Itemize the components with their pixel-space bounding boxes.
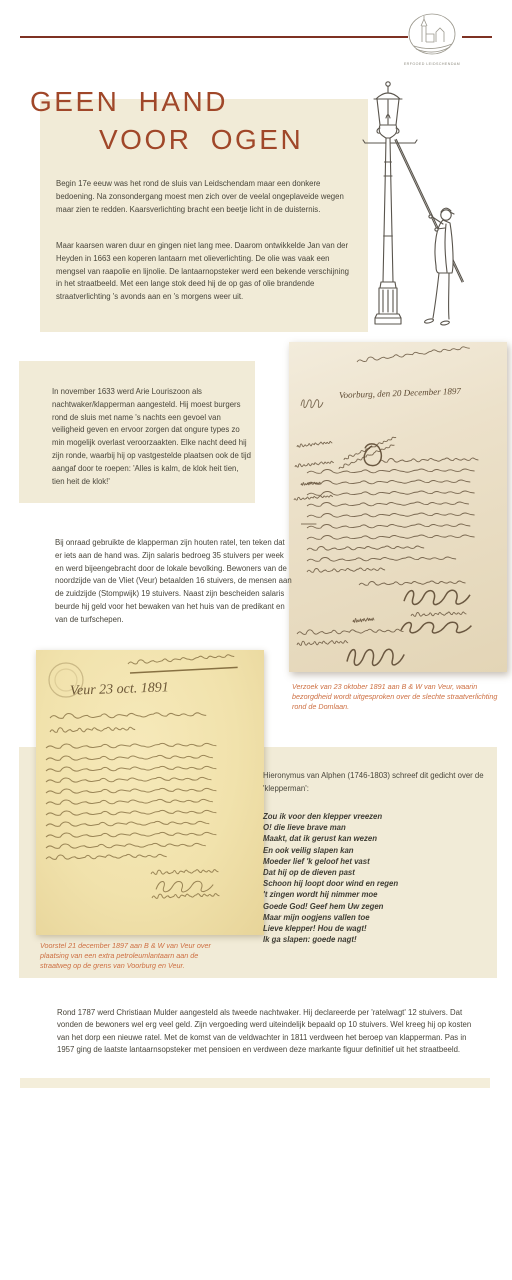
poem-line: Dat hij op de dieven past bbox=[263, 867, 488, 878]
top-rule-left bbox=[20, 36, 408, 38]
poem-lines: Zou ik voor den klepper vreezen O! die l… bbox=[263, 811, 488, 945]
intro-paragraph-2: Maar kaarsen waren duur en gingen niet l… bbox=[56, 240, 352, 304]
bottom-strip bbox=[20, 1078, 490, 1088]
heritage-info-panel: { "logo": { "label": "ERFGOED LEIDSCHEND… bbox=[0, 0, 512, 1280]
handwritten-letter-1891: Veur 23 oct. 1891 bbox=[36, 650, 264, 935]
ratel-paragraph: Bij onraad gebruikte de klapperman zijn … bbox=[55, 537, 293, 627]
poem-line: O! die lieve brave man bbox=[263, 822, 488, 833]
letter-1891-caption: Voorstel 21 december 1897 aan B & W van … bbox=[40, 941, 230, 970]
poem-line: Moeder lief 'k geloof het vast bbox=[263, 856, 488, 867]
poem-line: Ik ga slapen: goede nagt! bbox=[263, 934, 488, 945]
poem-line: Maakt, dat ik gerust kan wezen bbox=[263, 833, 488, 844]
poem-line: Maar mijn oogjens vallen toe bbox=[263, 912, 488, 923]
page-title-line2: VOOR OGEN bbox=[99, 124, 303, 156]
poem-line: En ook veilig slapen kan bbox=[263, 845, 488, 856]
outro-paragraph: Rond 1787 werd Christiaan Mulder aangest… bbox=[57, 1007, 473, 1057]
lamplighter-illustration bbox=[353, 66, 505, 358]
village-sketch-icon bbox=[414, 16, 452, 52]
letter-1897-caption: Verzoek van 23 oktober 1891 aan B & W va… bbox=[292, 682, 500, 711]
poem-intro: Hieronymus van Alphen (1746-1803) schree… bbox=[263, 770, 488, 795]
poem-line: 't zingen wordt hij nimmer moe bbox=[263, 889, 488, 900]
poem-line: Zou ik voor den klepper vreezen bbox=[263, 811, 488, 822]
poem-line: Goede God! Geef hem Uw zegen bbox=[263, 901, 488, 912]
poem-line: Lieve klepper! Hou de wagt! bbox=[263, 923, 488, 934]
erfgoed-leidschendam-logo: ERFGOED LEIDSCHENDAM bbox=[402, 8, 466, 70]
poem-line: Schoon hij loopt door wind en regen bbox=[263, 878, 488, 889]
handwritten-letter-1897: Voorburg, den 20 December 1897 bbox=[289, 342, 507, 672]
page-title-line1: GEEN HAND bbox=[30, 86, 228, 118]
top-rule-right bbox=[462, 36, 492, 38]
lamppost-icon bbox=[363, 82, 417, 324]
intro-paragraph-1: Begin 17e eeuw was het rond de sluis van… bbox=[56, 178, 348, 216]
lamplighter-man-icon bbox=[424, 208, 454, 325]
nachtwaker-paragraph: In november 1633 werd Arie Louriszoon al… bbox=[52, 386, 252, 488]
